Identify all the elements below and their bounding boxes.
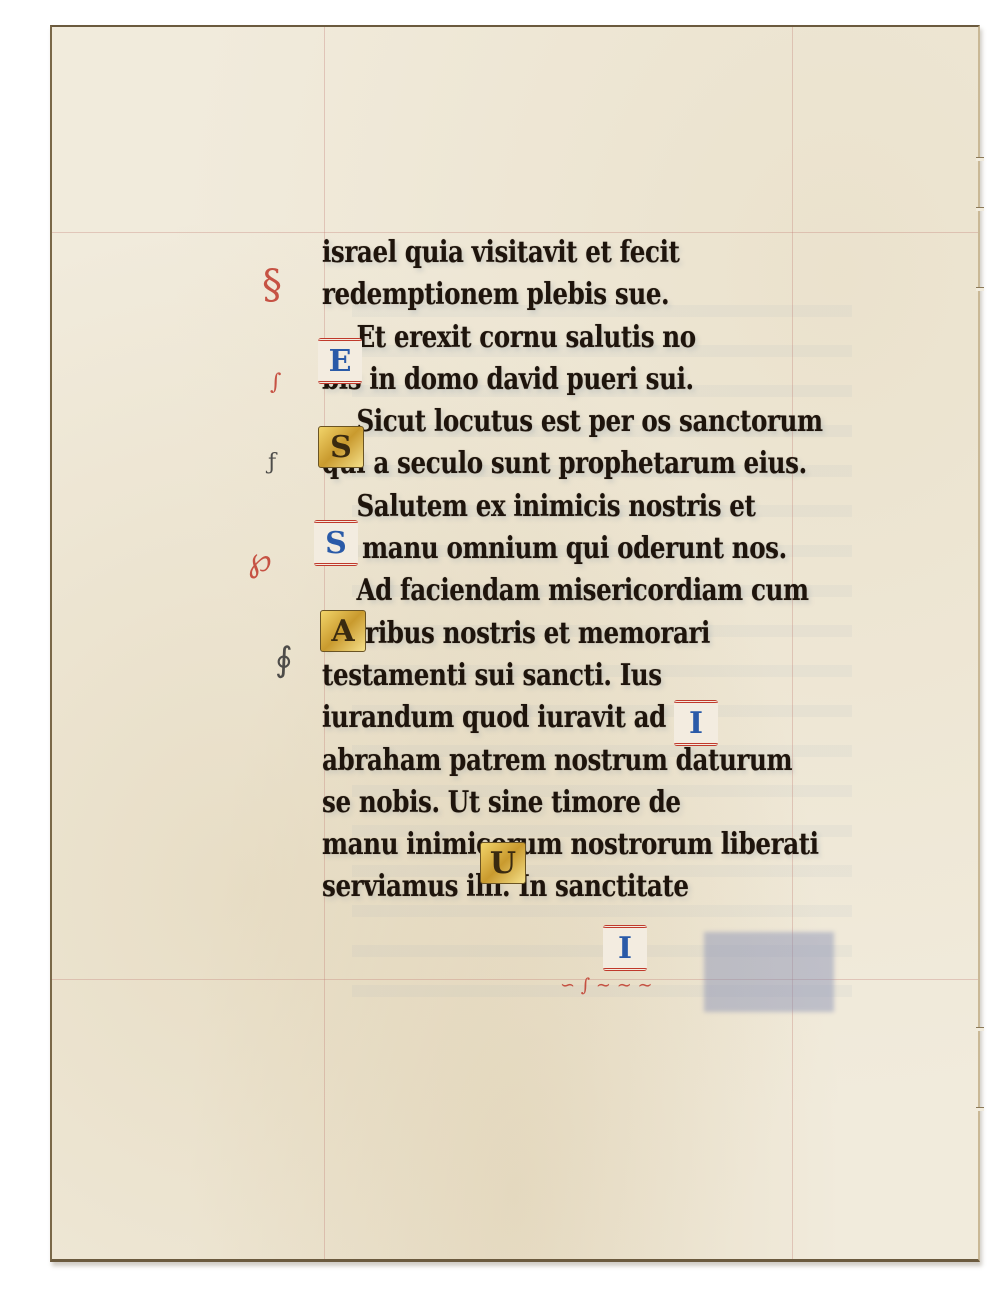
- black-penwork-flourish: ∮: [275, 640, 293, 680]
- red-penwork-flourish: ∫: [270, 370, 281, 395]
- text-line: Sicut locutus est per os sanctorum: [322, 401, 716, 443]
- text-line: testamenti sui sancti. Ius: [322, 655, 716, 697]
- text-line: Et erexit cornu salutis no: [322, 317, 716, 359]
- red-penwork-flourish: ∽ ∫ ∼ ∼ ∼: [560, 975, 653, 996]
- gold-initial-u: U: [480, 842, 526, 884]
- gold-initial-a: A: [320, 610, 366, 652]
- blue-initial-s: S: [314, 520, 358, 566]
- text-line: de manu omnium qui oderunt nos.: [322, 528, 716, 570]
- text-line: redemptionem plebis sue.: [322, 274, 716, 316]
- text-line: se nobis. Ut sine timore de: [322, 782, 716, 824]
- blue-initial-e: E: [318, 338, 362, 384]
- ruling-bottom: [52, 979, 978, 980]
- text-line: abraham patrem nostrum daturum: [322, 740, 716, 782]
- black-penwork-flourish: ƒ: [268, 450, 276, 475]
- text-block: israel quia visitavit et fecit redemptio…: [322, 232, 802, 909]
- torn-edge: [976, 1107, 984, 1111]
- text-line: iurandum quod iuravit ad: [322, 697, 716, 739]
- blue-initial-i: I: [674, 700, 718, 746]
- text-line: israel quia visitavit et fecit: [322, 232, 716, 274]
- red-penwork-flourish: ℘: [248, 540, 272, 580]
- text-line: Salutem ex inimicis nostris et: [322, 486, 716, 528]
- torn-edge: [976, 287, 984, 291]
- text-line: bis in domo david pueri sui.: [322, 359, 716, 401]
- red-penwork-flourish: §: [262, 262, 282, 308]
- text-line: patribus nostris et memorari: [322, 613, 716, 655]
- torn-edge: [976, 157, 984, 161]
- torn-edge: [976, 1027, 984, 1031]
- text-line: Ad faciendam misericordiam cum: [322, 570, 716, 612]
- text-line: qui a seculo sunt prophetarum eius.: [322, 443, 716, 485]
- offset-pigment-stain: [704, 932, 834, 1012]
- gold-initial-s: S: [318, 426, 364, 468]
- torn-edge: [976, 207, 984, 211]
- blue-initial-i: I: [603, 925, 647, 971]
